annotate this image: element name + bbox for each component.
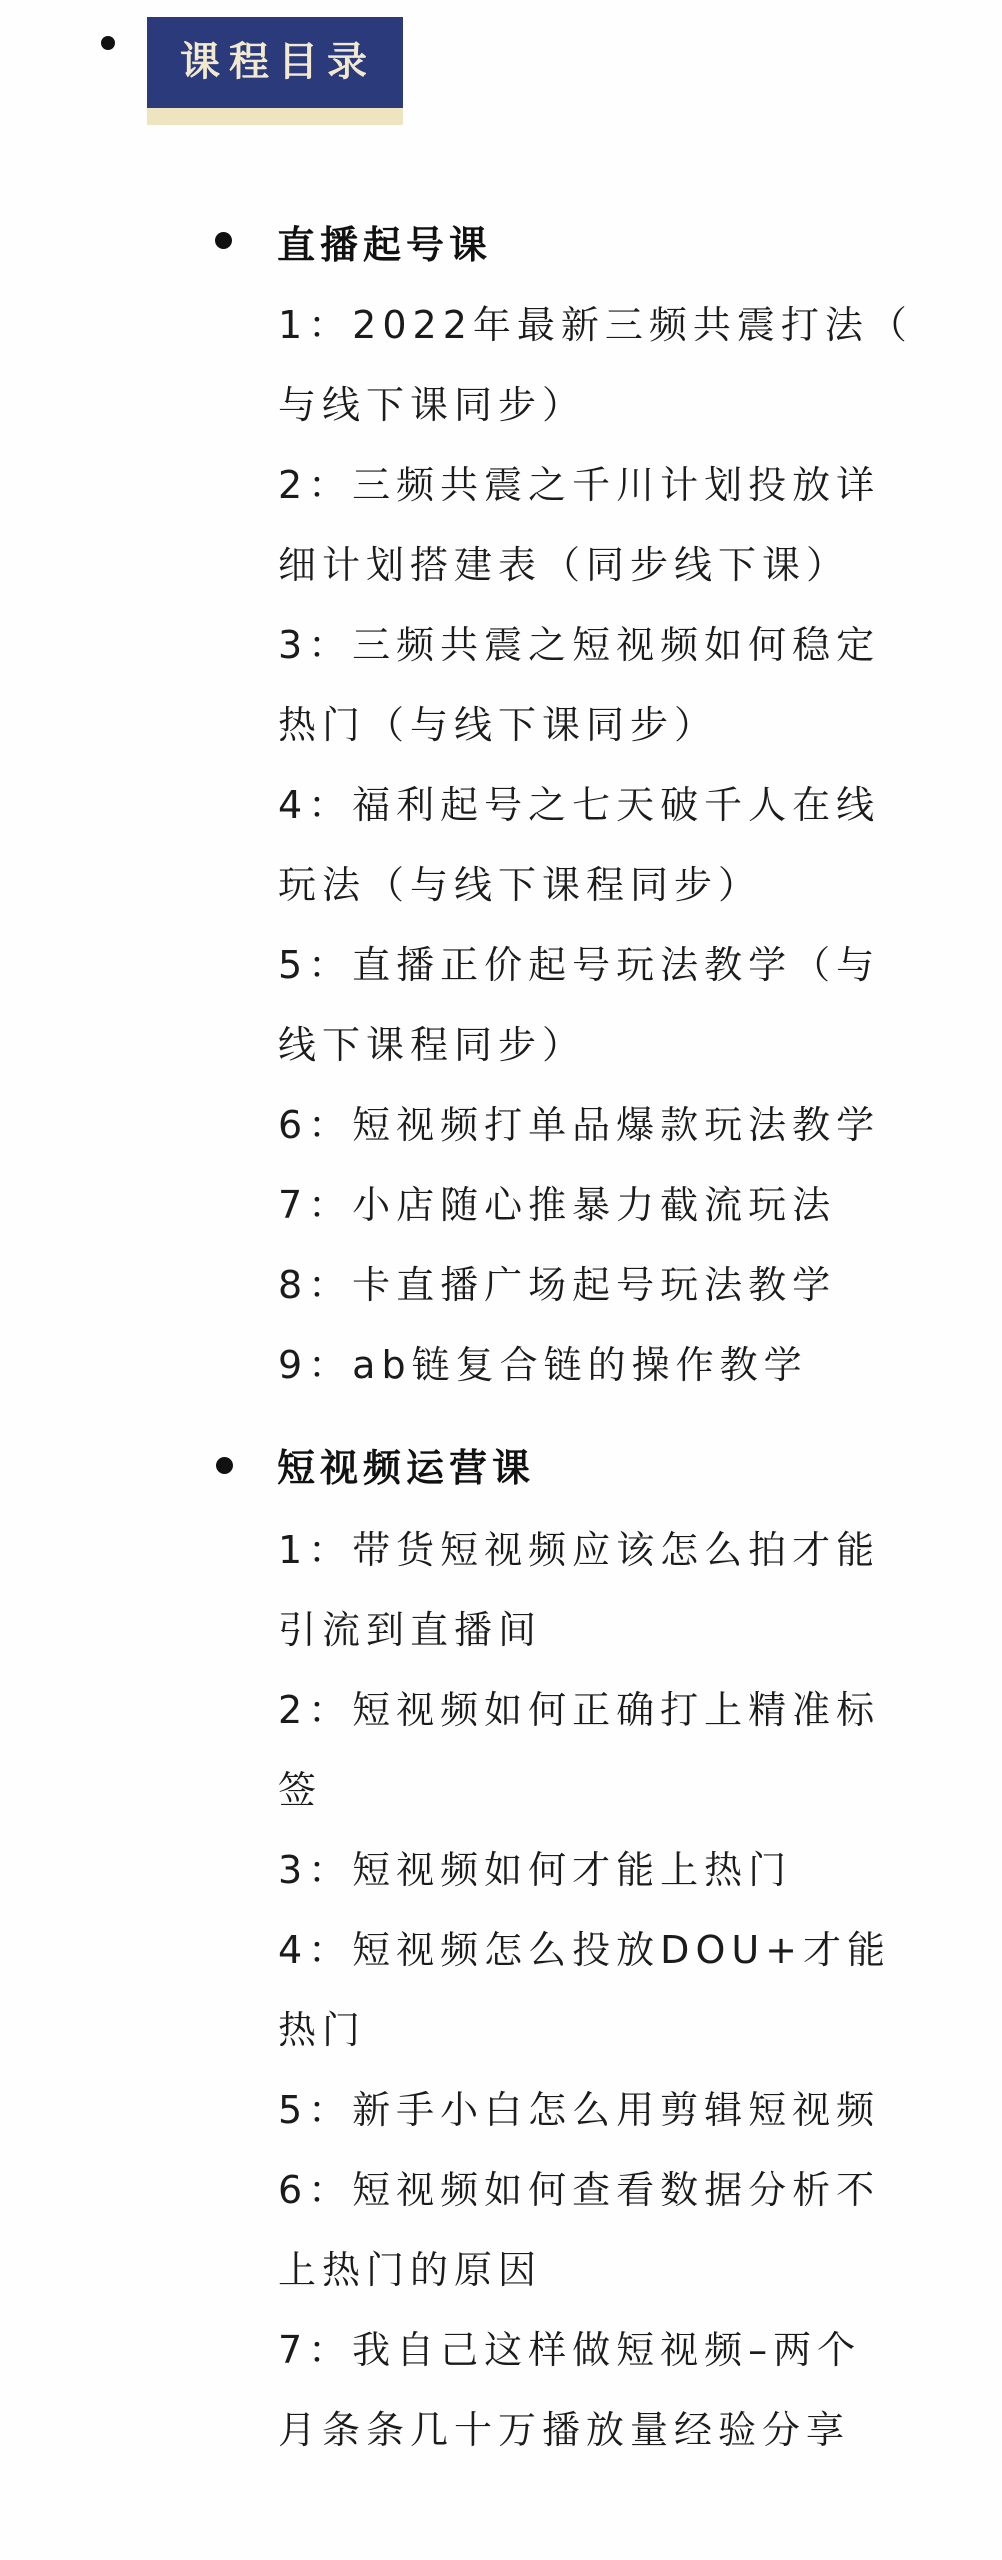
list-item-text: 8：卡直播广场起号玩法教学 [278,1245,836,1325]
list-item-text: 2：短视频如何正确打上精准标 [278,1670,880,1750]
section-heading: 直播起号课 [277,205,492,285]
list-item-text: 5：直播正价起号玩法教学（与 [278,925,880,1005]
title-underline-stripe [147,108,403,125]
page-title: 课程目录 [147,17,403,108]
list-item-text: 4：短视频怎么投放DOU+才能 [278,1910,891,1990]
list-item-text: 7：我自己这样做短视频–两个 [278,2310,861,2390]
list-item-text: 细计划搭建表（同步线下课） [278,525,850,605]
list-item-text: 上热门的原因 [278,2230,542,2310]
list-item-text: 1：带货短视频应该怎么拍才能 [278,1510,880,1590]
list-item-text: 1：2022年最新三频共震打法（ [278,285,913,365]
list-item-text: 3：三频共震之短视频如何稳定 [278,605,880,685]
section-heading: 短视频运营课 [277,1428,535,1508]
list-item-text: 6：短视频如何查看数据分析不 [278,2150,880,2230]
list-item-text: 引流到直播间 [278,1590,542,1670]
list-item-text: 热门（与线下课同步） [278,685,718,765]
list-item-text: 9：ab链复合链的操作教学 [278,1325,808,1405]
list-item-text: 热门 [278,1990,366,2070]
list-item-text: 5：新手小白怎么用剪辑短视频 [278,2070,880,2150]
title-bullet-icon [101,36,115,50]
section-bullet-icon [215,232,232,249]
list-item-text: 4：福利起号之七天破千人在线 [278,765,880,845]
list-item-text: 7：小店随心推暴力截流玩法 [278,1165,836,1245]
list-item-text: 月条条几十万播放量经验分享 [278,2390,850,2470]
list-item-text: 玩法（与线下课程同步） [278,845,762,925]
page-title-banner: 课程目录 [147,17,403,125]
list-item-text: 与线下课同步） [278,365,586,445]
list-item-text: 3：短视频如何才能上热门 [278,1830,792,1910]
list-item-text: 2：三频共震之千川计划投放详 [278,445,880,525]
section-bullet-icon [216,1457,233,1474]
list-item-text: 签 [278,1750,322,1830]
list-item-text: 线下课程同步） [278,1005,586,1085]
list-item-text: 6：短视频打单品爆款玩法教学 [278,1085,880,1165]
